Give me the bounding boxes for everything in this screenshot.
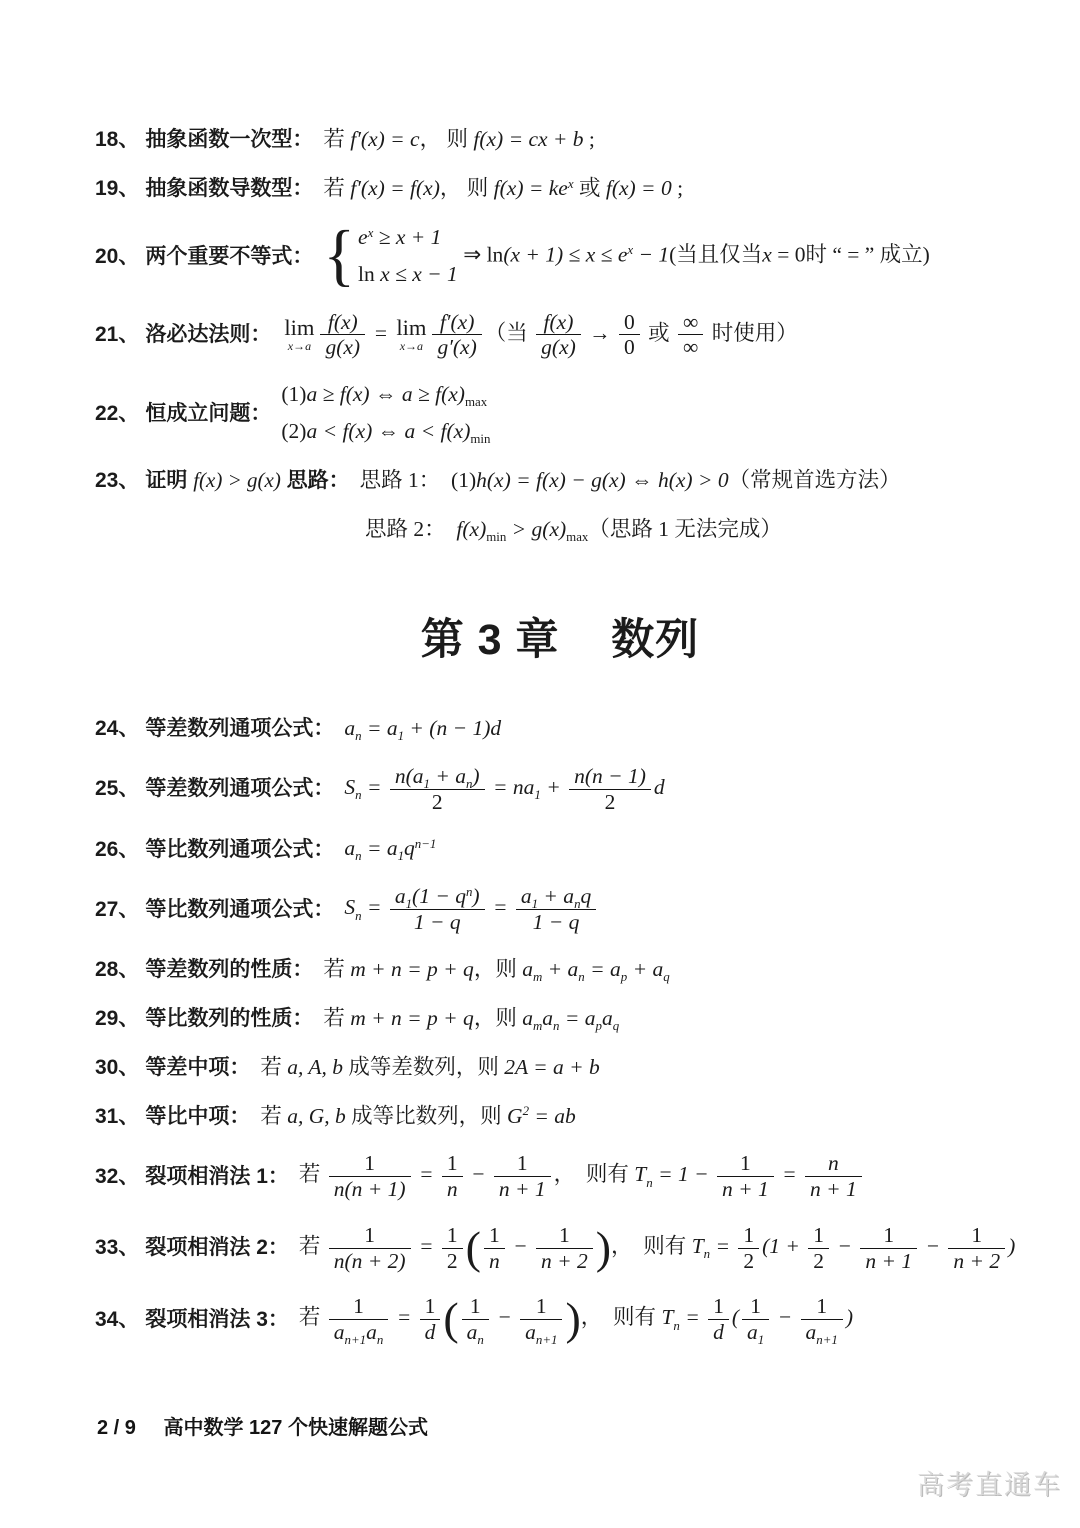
fraction: 1n + 1 [860, 1223, 917, 1273]
fraction: 1n + 2 [536, 1223, 593, 1273]
subscript: p [595, 1019, 601, 1033]
item-formula: 若 a, A, b 成等差数列，则 2A = a + b [260, 1054, 599, 1082]
fraction: a1 + anq1 − q [516, 884, 596, 934]
document-body: 18、抽象函数一次型：若 f′(x) = c， 则 f(x) = cx + b … [95, 126, 1025, 1345]
numerator: 1 [329, 1151, 411, 1176]
math-variable: = [414, 1234, 439, 1258]
subscript: n+1 [536, 1333, 558, 1347]
math-variable: = ab [529, 1104, 576, 1128]
math-variable: n + 1 [722, 1177, 769, 1201]
math-text: 1 [447, 1223, 458, 1247]
fraction: 1n + 2 [948, 1223, 1005, 1273]
watermark: 高考直通车 [917, 1463, 1062, 1502]
item-label: 等差数列的性质： [145, 956, 313, 983]
math-variable: + (n − 1)d [404, 716, 501, 740]
math-variable: a [521, 884, 532, 908]
math-variable: f(x) > g(x) [193, 468, 281, 492]
numerator: 1 [860, 1223, 917, 1248]
numerator: f′(x) [432, 310, 481, 335]
item-formula: 若 1an+1an = 1d(1an − 1an+1)， 则有 Tn = 1d(… [299, 1294, 853, 1344]
big-parentheses: (1an − 1an+1) [443, 1294, 580, 1344]
math-text: 1 [559, 1223, 570, 1247]
math-variable: = [368, 321, 393, 345]
denominator: n(n + 1) [329, 1176, 411, 1202]
fraction: ∞∞ [678, 310, 703, 360]
denominator: 1 − q [516, 909, 596, 935]
formula-item: 18、抽象函数一次型：若 f′(x) = c， 则 f(x) = cx + b … [95, 126, 1025, 154]
math-text: 0 [624, 335, 635, 359]
paren-content: 1an − 1an+1 [459, 1294, 566, 1344]
superscript: x [568, 177, 574, 191]
fraction: 1an [462, 1294, 489, 1344]
numerator: 1 [520, 1294, 562, 1319]
subscript: n [355, 849, 361, 863]
math-variable: f(x) = ke [494, 176, 568, 200]
math-variable: n + 2 [953, 1249, 1000, 1273]
math-variable: a [395, 884, 406, 908]
paren-content: 1n − 1n + 2 [481, 1223, 596, 1273]
denominator: 1 − q [390, 909, 485, 935]
math-variable: f(x) [544, 310, 574, 334]
math-variable: 2A = a + b [504, 1055, 600, 1079]
subscript: n [704, 1247, 710, 1261]
formula-item: 20、两个重要不等式：{ex ≥ x + 1ln x ≤ x − 1 ⇒ ln(… [95, 224, 1025, 289]
item-formula: 若 a, G, b 成等比数列，则 G2 = ab [260, 1103, 575, 1131]
subscript: 1 [532, 897, 538, 911]
math-variable: − 1 [633, 242, 669, 266]
math-text: ∞ [683, 335, 698, 359]
formula-item: 28、等差数列的性质：若 m + n = p + q，则 am + an = a… [95, 956, 1025, 984]
math-text: 若 [299, 1163, 326, 1187]
math-text: （常规首选方法） [729, 468, 901, 492]
denominator: a1 [742, 1319, 769, 1345]
numerator: 1 [494, 1151, 551, 1176]
math-variable: n(a [395, 764, 424, 788]
open-paren-icon: ( [443, 1301, 458, 1338]
math-text: 2 [743, 1249, 754, 1273]
math-text: 1 [740, 1151, 751, 1175]
label-text: 恒成立问题： [145, 402, 271, 425]
math-variable: a [542, 1006, 553, 1030]
cases-rows: ex ≥ x + 1ln x ≤ x − 1 [358, 224, 458, 289]
math-variable: (1 + [762, 1234, 805, 1258]
math-variable: = a [362, 836, 398, 860]
item-label: 等比数列通项公式： [145, 896, 334, 923]
math-text: 若 [323, 176, 350, 200]
math-variable: = [710, 1234, 735, 1258]
denominator: n [484, 1248, 505, 1274]
item-formula: an = a1 + (n − 1)d [344, 715, 501, 743]
subscript: 1 [758, 1333, 764, 1347]
item-label: 两个重要不等式： [145, 243, 313, 270]
item-number: 25、 [95, 775, 139, 802]
subscript: 1 [424, 777, 430, 791]
math-text: ， 则有 [581, 1305, 662, 1329]
denominator: g′(x) [432, 334, 481, 360]
subscript: q [613, 1019, 619, 1033]
subscript: n [673, 1319, 679, 1333]
denominator: g(x) [320, 334, 365, 360]
formula-item: 26、等比数列通项公式：an = a1qn−1 [95, 835, 1025, 863]
label-text: 等差数列通项公式： [145, 717, 334, 740]
document-page: 18、抽象函数一次型：若 f′(x) = c， 则 f(x) = cx + b … [0, 0, 1080, 1528]
math-variable: h(x) = f(x) − g(x) ⇔ h(x) > 0 [476, 468, 728, 492]
item-number: 22、 [95, 400, 139, 427]
math-text: 1 [364, 1223, 375, 1247]
item-number: 24、 [95, 715, 139, 742]
label-text: 思路： [281, 469, 350, 492]
item-formula: 若 f′(x) = c， 则 f(x) = cx + b ; [323, 126, 595, 154]
math-text: 1 [364, 1151, 375, 1175]
denominator: 2 [569, 789, 651, 815]
math-variable: = [391, 1305, 416, 1329]
item-formula: Sn = n(a1 + an)2 = na1 + n(n − 1)2d [344, 764, 664, 814]
fraction: 12 [442, 1223, 463, 1273]
denominator: g(x) [536, 334, 581, 360]
math-text: （当 [485, 321, 533, 345]
math-text: 或 [643, 321, 675, 345]
numerator: f(x) [536, 310, 581, 335]
item-number: 19、 [95, 175, 139, 202]
numerator: n(a1 + an) [390, 764, 485, 789]
math-text: = 0时 “ = ” 成立) [772, 242, 930, 266]
label-text: 等差数列通项公式： [145, 777, 334, 800]
item-formula: 若 m + n = p + q，则 aman = apaq [323, 1005, 619, 1033]
open-paren-icon: ( [466, 1230, 481, 1267]
math-variable: n [828, 1151, 839, 1175]
limit-under: x→a [284, 340, 314, 353]
denominator: n + 1 [494, 1176, 551, 1202]
label-text: 两个重要不等式： [145, 245, 313, 268]
math-variable: g(x) [541, 335, 576, 359]
math-variable: ( [732, 1305, 739, 1329]
math-variable: d [654, 775, 665, 799]
math-variable: f′(x) [440, 310, 475, 334]
math-text: ⇒ ln [458, 242, 504, 266]
math-variable: n(n + 2) [334, 1249, 406, 1273]
math-text: 1 [883, 1223, 894, 1247]
math-text: 成等比数列，则 [346, 1104, 507, 1128]
math-variable: = [680, 1305, 705, 1329]
fraction: 1d [708, 1294, 729, 1344]
math-variable: m + n = p + q [350, 957, 474, 981]
math-variable: = a [362, 716, 398, 740]
denominator: 2 [390, 789, 485, 815]
subscript: p [621, 970, 627, 984]
denominator: 2 [442, 1248, 463, 1274]
denominator: 2 [738, 1248, 759, 1274]
denominator: ∞ [678, 334, 703, 360]
stack-row: (1)a ≥ f(x) ⇔ a ≥ f(x)max [281, 381, 490, 409]
item-number: 21、 [95, 321, 139, 348]
math-text: 若 [323, 1006, 350, 1030]
denominator: d [420, 1319, 441, 1345]
math-text: 若 [260, 1055, 287, 1079]
cases-system: {ex ≥ x + 1ln x ≤ x − 1 [323, 224, 457, 289]
label-text: 等差数列的性质： [145, 958, 313, 981]
numerator: a1 + anq [516, 884, 596, 909]
math-variable: a [522, 1006, 533, 1030]
item-number: 23、 [95, 467, 139, 494]
fraction: 1n [484, 1223, 505, 1273]
subscript: n [646, 1176, 652, 1190]
math-text: （思路 1 无法完成） [588, 517, 782, 541]
numerator: 1 [329, 1223, 411, 1248]
subscript: n [377, 1333, 383, 1347]
item-label: 证明 f(x) > g(x) 思路： [145, 467, 349, 494]
footer-title: 高中数学 127 个快速解题公式 [163, 1417, 427, 1439]
math-variable: f(x) = cx + b [473, 127, 583, 151]
limit: limx→a [396, 317, 426, 353]
math-text: ; [672, 176, 683, 200]
item-label: 裂项相消法 3： [145, 1306, 289, 1333]
item-number: 28、 [95, 956, 139, 983]
limit-under: x→a [396, 340, 426, 353]
page-number: 2 / 9 [97, 1417, 136, 1439]
stack-row: (2)a < f(x) ⇔ a < f(x)min [281, 418, 490, 446]
math-variable: = [362, 895, 387, 919]
formula-item: 23、证明 f(x) > g(x) 思路：思路 1： (1)h(x) = f(x… [95, 467, 1025, 495]
item-number: 33、 [95, 1234, 139, 1261]
numerator: ∞ [678, 310, 703, 335]
fraction: 12 [738, 1223, 759, 1273]
label-text: 等差中项： [145, 1056, 250, 1079]
numerator: 1 [742, 1294, 769, 1319]
fraction: 1n + 1 [717, 1151, 774, 1201]
subscript: n [578, 970, 584, 984]
item-label: 抽象函数一次型： [145, 126, 313, 153]
label-text: 抽象函数一次型： [145, 128, 313, 151]
math-text: 1 [713, 1294, 724, 1318]
math-variable: f(x) = 0 [606, 176, 672, 200]
math-text: 思路 1： (1) [360, 468, 476, 492]
math-text: 若 [323, 957, 350, 981]
math-variable: f′(x) = c [350, 127, 419, 151]
formula-item: 24、等差数列通项公式：an = a1 + (n − 1)d [95, 715, 1025, 743]
numerator: n(n − 1) [569, 764, 651, 789]
math-text: 1 [489, 1223, 500, 1247]
math-variable: n [489, 1249, 500, 1273]
label-text: 等比数列的性质： [145, 1007, 313, 1030]
math-variable: n + 1 [499, 1177, 546, 1201]
math-variable: x ≤ x − 1 [380, 262, 458, 286]
numerator: 1 [462, 1294, 489, 1319]
denominator: n + 1 [860, 1248, 917, 1274]
denominator: n + 2 [536, 1248, 593, 1274]
math-text: ， 则 [440, 176, 494, 200]
formula-item: 19、抽象函数导数型：若 f′(x) = f(x)， 则 f(x) = kex … [95, 175, 1025, 203]
math-variable: = [777, 1163, 802, 1187]
label-text: 裂项相消法 1： [145, 1165, 289, 1188]
subscript: min [486, 530, 506, 544]
formula-item: 21、洛必达法则：limx→af(x)g(x) = limx→af′(x)g′(… [95, 310, 1025, 360]
math-text: 1 [971, 1223, 982, 1247]
math-variable: a, A, b [287, 1055, 343, 1079]
fraction: 1d [420, 1294, 441, 1344]
fraction: 1a1 [742, 1294, 769, 1344]
math-variable: = [362, 775, 387, 799]
formula-item: 思路 2： f(x)min > g(x)max（思路 1 无法完成） [365, 516, 1025, 544]
denominator: n(n + 2) [329, 1248, 411, 1274]
math-text: ln [358, 262, 380, 286]
math-variable: a, G, b [287, 1104, 346, 1128]
math-variable: − [772, 1305, 797, 1329]
math-variable: f(x) [328, 310, 358, 334]
numerator: 1 [329, 1294, 389, 1319]
label-text: 证明 [145, 469, 193, 492]
math-text: ，则 [474, 957, 522, 981]
formula-item: 32、裂项相消法 1：若 1n(n + 1) = 1n − 1n + 1， 则有… [95, 1151, 1025, 1201]
item-formula: (1)a ≥ f(x) ⇔ a ≥ f(x)max(2)a < f(x) ⇔ a… [281, 381, 490, 446]
fraction: 00 [619, 310, 640, 360]
math-text: ， 则有 [611, 1234, 692, 1258]
limit: limx→a [284, 317, 314, 353]
item-number: 30、 [95, 1054, 139, 1081]
math-variable: a [522, 957, 533, 981]
item-formula: 思路 2： f(x)min > g(x)max（思路 1 无法完成） [365, 516, 782, 544]
math-variable: a [602, 1006, 613, 1030]
fraction: f(x)g(x) [320, 310, 365, 360]
math-variable: n + 1 [810, 1177, 857, 1201]
fraction: a1(1 − qn)1 − q [390, 884, 485, 934]
math-variable: + a [538, 884, 574, 908]
subscript: n+1 [345, 1333, 367, 1347]
math-text: 1 [750, 1294, 761, 1318]
math-variable: g(x) [325, 335, 360, 359]
subscript: m [533, 970, 542, 984]
math-text: 0 [624, 310, 635, 334]
fraction: 1n(n + 1) [329, 1151, 411, 1201]
item-formula: 若 m + n = p + q，则 am + an = ap + aq [323, 956, 669, 984]
numerator: 1 [717, 1151, 774, 1176]
math-variable: S [344, 775, 355, 799]
document: { "page": { "chapter_heading": "第 3 章 数列… [0, 0, 1080, 1528]
fraction: 1n [442, 1151, 463, 1201]
math-variable: q [581, 884, 592, 908]
fraction: f(x)g(x) [536, 310, 581, 360]
formula-item: 33、裂项相消法 2：若 1n(n + 2) = 12(1n − 1n + 2)… [95, 1223, 1025, 1273]
math-variable: + a [627, 957, 663, 981]
subscript: 1 [534, 788, 540, 802]
item-number: 31、 [95, 1103, 139, 1130]
item-formula: limx→af(x)g(x) = limx→af′(x)g′(x)（当 f(x)… [281, 310, 797, 360]
math-variable: = na [488, 775, 535, 799]
math-variable: n + 2 [541, 1249, 588, 1273]
fraction: nn + 1 [805, 1151, 862, 1201]
denominator: an+1 [520, 1319, 562, 1345]
subscript: max [465, 395, 487, 409]
label-text: 等比数列通项公式： [145, 838, 334, 861]
math-variable: a ≥ f(x) ⇔ a ≥ f(x) [306, 382, 465, 406]
item-formula: Sn = a1(1 − qn)1 − q = a1 + anq1 − q [344, 884, 599, 934]
math-text: 若 [299, 1234, 326, 1258]
item-formula: {ex ≥ x + 1ln x ≤ x − 1 ⇒ ln(x + 1) ≤ x … [323, 224, 929, 289]
math-variable: m + n = p + q [350, 1006, 474, 1030]
math-variable: n + 1 [865, 1249, 912, 1273]
math-variable: − [466, 1163, 491, 1187]
item-number: 32、 [95, 1163, 139, 1190]
math-text: 2 [813, 1249, 824, 1273]
superscript: n−1 [415, 837, 437, 851]
math-variable: ) [472, 884, 479, 908]
math-variable: d [425, 1320, 436, 1344]
superscript: n [466, 885, 472, 899]
subscript: n+1 [816, 1333, 838, 1347]
denominator: 0 [619, 334, 640, 360]
item-label: 恒成立问题： [145, 400, 271, 427]
subscript: m [533, 1019, 542, 1033]
fraction: f′(x)g′(x) [432, 310, 481, 360]
math-text: 2 [605, 790, 616, 814]
big-parentheses: (1n − 1n + 2) [466, 1223, 611, 1273]
math-variable: a [344, 716, 355, 740]
limit-word: lim [284, 317, 314, 340]
math-variable: q [404, 836, 415, 860]
item-label: 洛必达法则： [145, 321, 271, 348]
math-variable: (1 − q [412, 884, 466, 908]
math-variable: a [525, 1320, 536, 1344]
chapter-title: 第 3 章 数列 [95, 606, 1025, 667]
item-formula: 思路 1： (1)h(x) = f(x) − g(x) ⇔ h(x) > 0（常… [360, 467, 901, 495]
formula-item: 34、裂项相消法 3：若 1an+1an = 1d(1an − 1an+1)， … [95, 1294, 1025, 1344]
math-variable: S [344, 895, 355, 919]
close-paren-icon: ) [596, 1230, 611, 1267]
denominator: an+1an [329, 1319, 389, 1345]
numerator: 1 [420, 1294, 441, 1319]
fraction: 1an+1 [520, 1294, 562, 1344]
math-variable: = a [585, 957, 621, 981]
math-text: ， 则有 [554, 1163, 635, 1187]
math-text: (2) [281, 419, 306, 443]
math-variable: = [488, 895, 513, 919]
math-variable: G [507, 1104, 523, 1128]
math-variable: a [366, 1320, 377, 1344]
fraction: 1n(n + 2) [329, 1223, 411, 1273]
math-variable: 1 − q [414, 910, 461, 934]
numerator: n [805, 1151, 862, 1176]
fraction: 1an+1an [329, 1294, 389, 1344]
page-footer: 2 / 9 高中数学 127 个快速解题公式 [97, 1411, 428, 1440]
math-text: 1 [447, 1151, 458, 1175]
subscript: n [355, 788, 361, 802]
formula-item: 25、等差数列通项公式：Sn = n(a1 + an)2 = na1 + n(n… [95, 764, 1025, 814]
superscript: 2 [523, 1104, 529, 1118]
numerator: 1 [442, 1151, 463, 1176]
numerator: a1(1 − qn) [390, 884, 485, 909]
math-variable: e [358, 225, 368, 249]
item-number: 27、 [95, 896, 139, 923]
math-variable: − [832, 1234, 857, 1258]
item-label: 等比数列的性质： [145, 1005, 313, 1032]
item-number: 20、 [95, 243, 139, 270]
item-number: 34、 [95, 1306, 139, 1333]
math-variable: d [713, 1320, 724, 1344]
math-variable: + a [430, 764, 466, 788]
cases-row: ln x ≤ x − 1 [358, 261, 458, 289]
subscript: n [355, 909, 361, 923]
math-text: 若 [260, 1104, 287, 1128]
subscript: q [663, 970, 669, 984]
denominator: 2 [808, 1248, 829, 1274]
math-variable: g′(x) [437, 335, 476, 359]
subscript: 1 [398, 849, 404, 863]
math-text: 1 [816, 1294, 827, 1318]
subscript: n [466, 777, 472, 791]
fraction: 12 [808, 1223, 829, 1273]
item-label: 等差数列通项公式： [145, 715, 334, 742]
math-variable: a [806, 1320, 817, 1344]
formula-item: 30、等差中项：若 a, A, b 成等差数列，则 2A = a + b [95, 1054, 1025, 1082]
